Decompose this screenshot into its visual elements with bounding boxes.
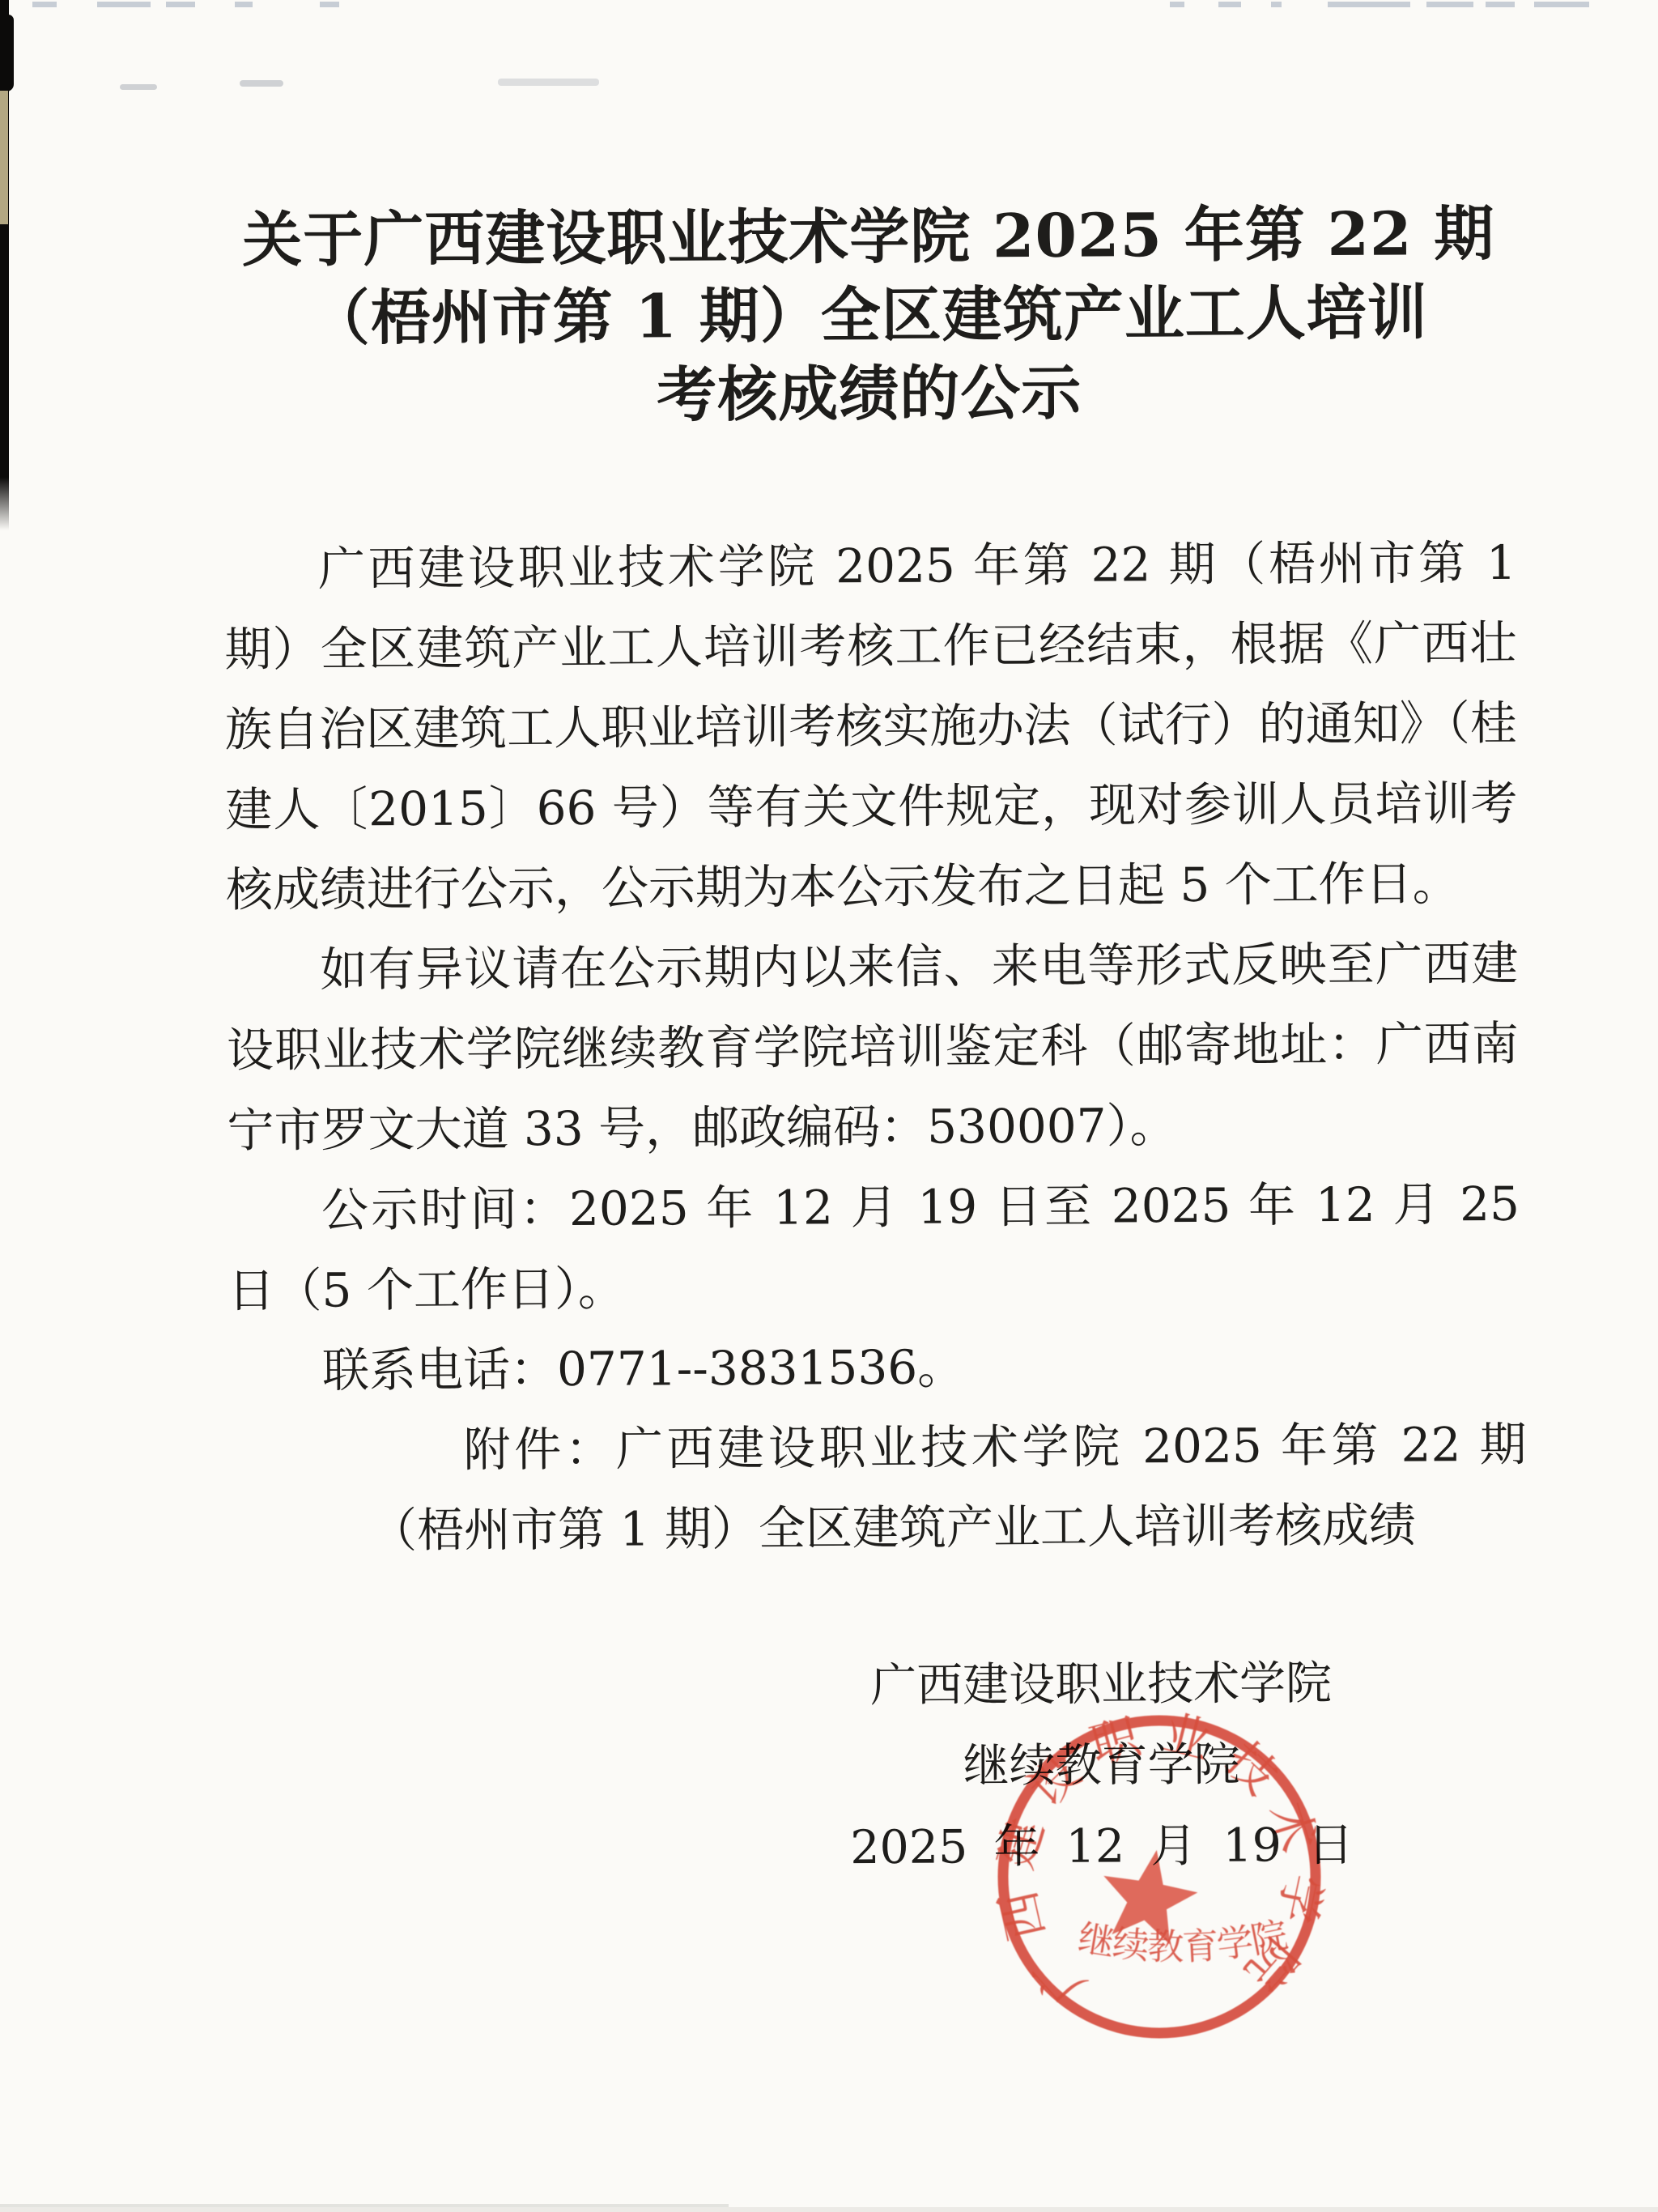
scan-artifact-smudge [120, 84, 157, 90]
paragraph-contact-phone: 联系电话：0771--3831536。 [228, 1325, 1520, 1411]
title-line-2: （梧州市第 1 期）全区建筑产业工人培训 [223, 274, 1515, 359]
document-body: 广西建设职业技术学院 2025 年第 22 期（梧州市第 1 期）全区建筑产业工… [224, 523, 1524, 1891]
document-title: 关于广西建设职业技术学院 2025 年第 22 期 （梧州市第 1 期）全区建筑… [221, 0, 1516, 437]
scan-artifact-left-nub [0, 15, 14, 91]
paragraph-objection: 如有异议请在公示期内以来信、来电等形式反映至广西建设职业技术学院继续教育学院培训… [226, 924, 1520, 1171]
paragraph-intro: 广西建设职业技术学院 2025 年第 22 期（梧州市第 1 期）全区建筑产业工… [224, 523, 1519, 930]
scan-artifact-bottom-line [0, 2207, 1658, 2212]
document-content: 关于广西建设职业技术学院 2025 年第 22 期 （梧州市第 1 期）全区建筑… [221, 0, 1523, 1891]
attachment-note: 附件：广西建设职业技术学院 2025 年第 22 期（梧州市第 1 期）全区建筑… [228, 1405, 1527, 1572]
official-seal: 广西建设职业技术学院 继续教育学院 [989, 1707, 1329, 2047]
seal-banner-text: 继续教育学院 [1075, 1913, 1290, 1968]
title-line-1: 关于广西建设职业技术学院 2025 年第 22 期 [222, 195, 1514, 280]
scan-artifact-left-beige-blob [0, 91, 8, 224]
attachment-label: 附件： [463, 1422, 616, 1478]
paragraph-publicity-period: 公示时间：2025 年 12 月 19 日至 2025 年 12 月 25 日（… [227, 1164, 1520, 1331]
scanned-document-page: 关于广西建设职业技术学院 2025 年第 22 期 （梧州市第 1 期）全区建筑… [0, 0, 1658, 2212]
title-line-3: 考核成绩的公示 [223, 352, 1516, 437]
seal-banner-text-path: 继续教育学院 [1075, 1913, 1290, 1968]
